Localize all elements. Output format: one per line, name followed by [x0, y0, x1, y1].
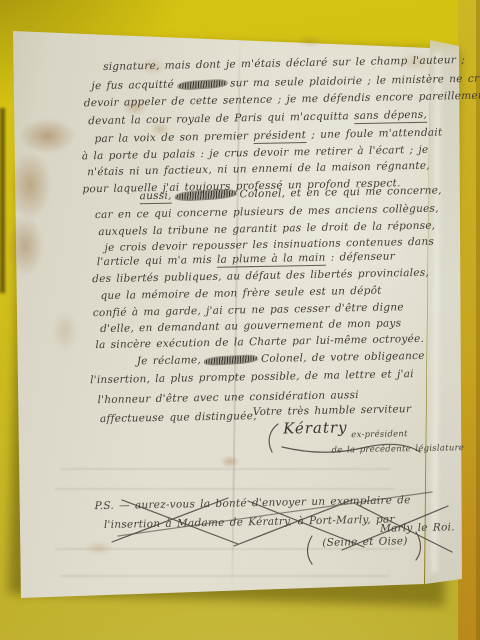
letter-line-text: affectueuse que distinguée, [100, 410, 257, 425]
signature-title: ex-président [351, 428, 408, 442]
underlined-phrase: président [253, 129, 306, 144]
letter-line: par la voix de son premier président ; u… [94, 126, 442, 146]
letter-line-text: Colonel, de votre obligeance [261, 350, 425, 365]
letter-line-text: Je réclame, [137, 354, 201, 367]
postscript-line: Marly le Roi. [380, 521, 455, 535]
letter-line-text: à la porte du palais : je crus devoir me… [82, 144, 429, 163]
letter-line-text: sur ma seule plaidoirie ; le ministère n… [230, 73, 480, 90]
postscript-text: P.S. — aurez-vous la bonté d'envoyer un … [94, 494, 410, 512]
letter-line-text: d'elle, en demandant au gouvernement de … [100, 317, 401, 335]
letter-line-text: signature, mais dont je m'étais déclaré … [103, 54, 465, 73]
letter-line-text: Colonel, et en ce qui me concerne, [239, 184, 441, 200]
letter-line: Je réclame,Colonel, de votre obligeance [137, 350, 425, 369]
letter-line-text: l'honneur d'être avec une considération … [97, 389, 359, 406]
letter-line-text: confié à ma garde, j'ai cru ne pas cesse… [93, 301, 404, 319]
signature-text: Kératry [283, 418, 348, 437]
letter-line-text: que la mémoire de mon frère seule est un… [100, 285, 381, 302]
valediction: Votre très humble serviteur [253, 403, 412, 419]
letter-line-text: devoir appeler de cette sentence ; je me… [84, 90, 480, 110]
signature: Kératry [283, 421, 348, 435]
postscript-text: Marly le Roi. [380, 521, 455, 534]
handwriting-layer: signature, mais dont je m'étais déclaré … [0, 0, 480, 640]
postscript-text: (Seine et Oise) [322, 535, 408, 549]
letter-line: devoir appeler de cette sentence ; je me… [84, 90, 480, 111]
letter-line-text: : défenseur [331, 250, 396, 263]
postscript-text: l'insertion à Madame de Kératry, à Port-… [104, 513, 395, 531]
letter-line: affectueuse que distinguée, [100, 410, 257, 426]
signature-title-text: de la précédente législature [331, 443, 464, 456]
letter-line-text: n'étais ni un factieux, ni un ennemi de … [87, 160, 430, 179]
signature-title: de la précédente législature [331, 442, 464, 458]
letter-line-text: auxquels la tribune ne garantit pas le d… [98, 220, 435, 238]
letter-line: l'insertion, la plus prompte possible, d… [90, 368, 414, 387]
letter-line-text: l'insertion, la plus prompte possible, d… [90, 368, 414, 386]
letter-line: car en ce qui concerne plusieurs de mes … [95, 203, 439, 223]
letter-line: la sincère exécution de la Charte par lu… [95, 333, 424, 352]
letter-line-text: par la voix de son premier [94, 130, 248, 145]
letter-line-text: car en ce qui concerne plusieurs de mes … [95, 203, 439, 222]
underlined-phrase: aussi, [140, 190, 172, 204]
letter-line: devant la cour royale de Paris qui m'acq… [88, 109, 427, 129]
photo-background: signature, mais dont je m'étais déclaré … [0, 0, 480, 640]
letter-line-text: devant la cour royale de Paris qui m'acq… [88, 110, 349, 127]
letter-line-text: je fus acquitté [91, 79, 174, 93]
letter-line-text: l'article qui m'a mis [97, 254, 212, 268]
postscript-line: l'insertion à Madame de Kératry, à Port-… [104, 513, 395, 532]
underlined-phrase: la plume à la main [217, 252, 326, 268]
postscript-line: (Seine et Oise) [322, 535, 408, 550]
underlined-phrase: sans dépens, [354, 109, 427, 124]
valediction-text: Votre très humble serviteur [253, 403, 412, 418]
crossed-out-word [204, 355, 258, 365]
letter-line-text: des libertés publiques, au défaut des li… [92, 267, 429, 285]
crossed-out-word [177, 80, 227, 90]
letter-line-text: ; une foule m'attendait [311, 126, 442, 141]
letter-line-text: la sincère exécution de la Charte par lu… [95, 333, 424, 351]
postscript-line: P.S. — aurez-vous la bonté d'envoyer un … [94, 494, 410, 513]
signature-title-text: ex-président [351, 429, 408, 440]
letter-line: signature, mais dont je m'étais déclaré … [103, 54, 465, 74]
crossed-out-word [174, 189, 236, 200]
letter-line: que la mémoire de mon frère seule est un… [100, 285, 381, 303]
letter-line: des libertés publiques, au défaut des li… [92, 267, 429, 286]
letter-line: n'étais ni un factieux, ni un ennemi de … [87, 160, 430, 180]
